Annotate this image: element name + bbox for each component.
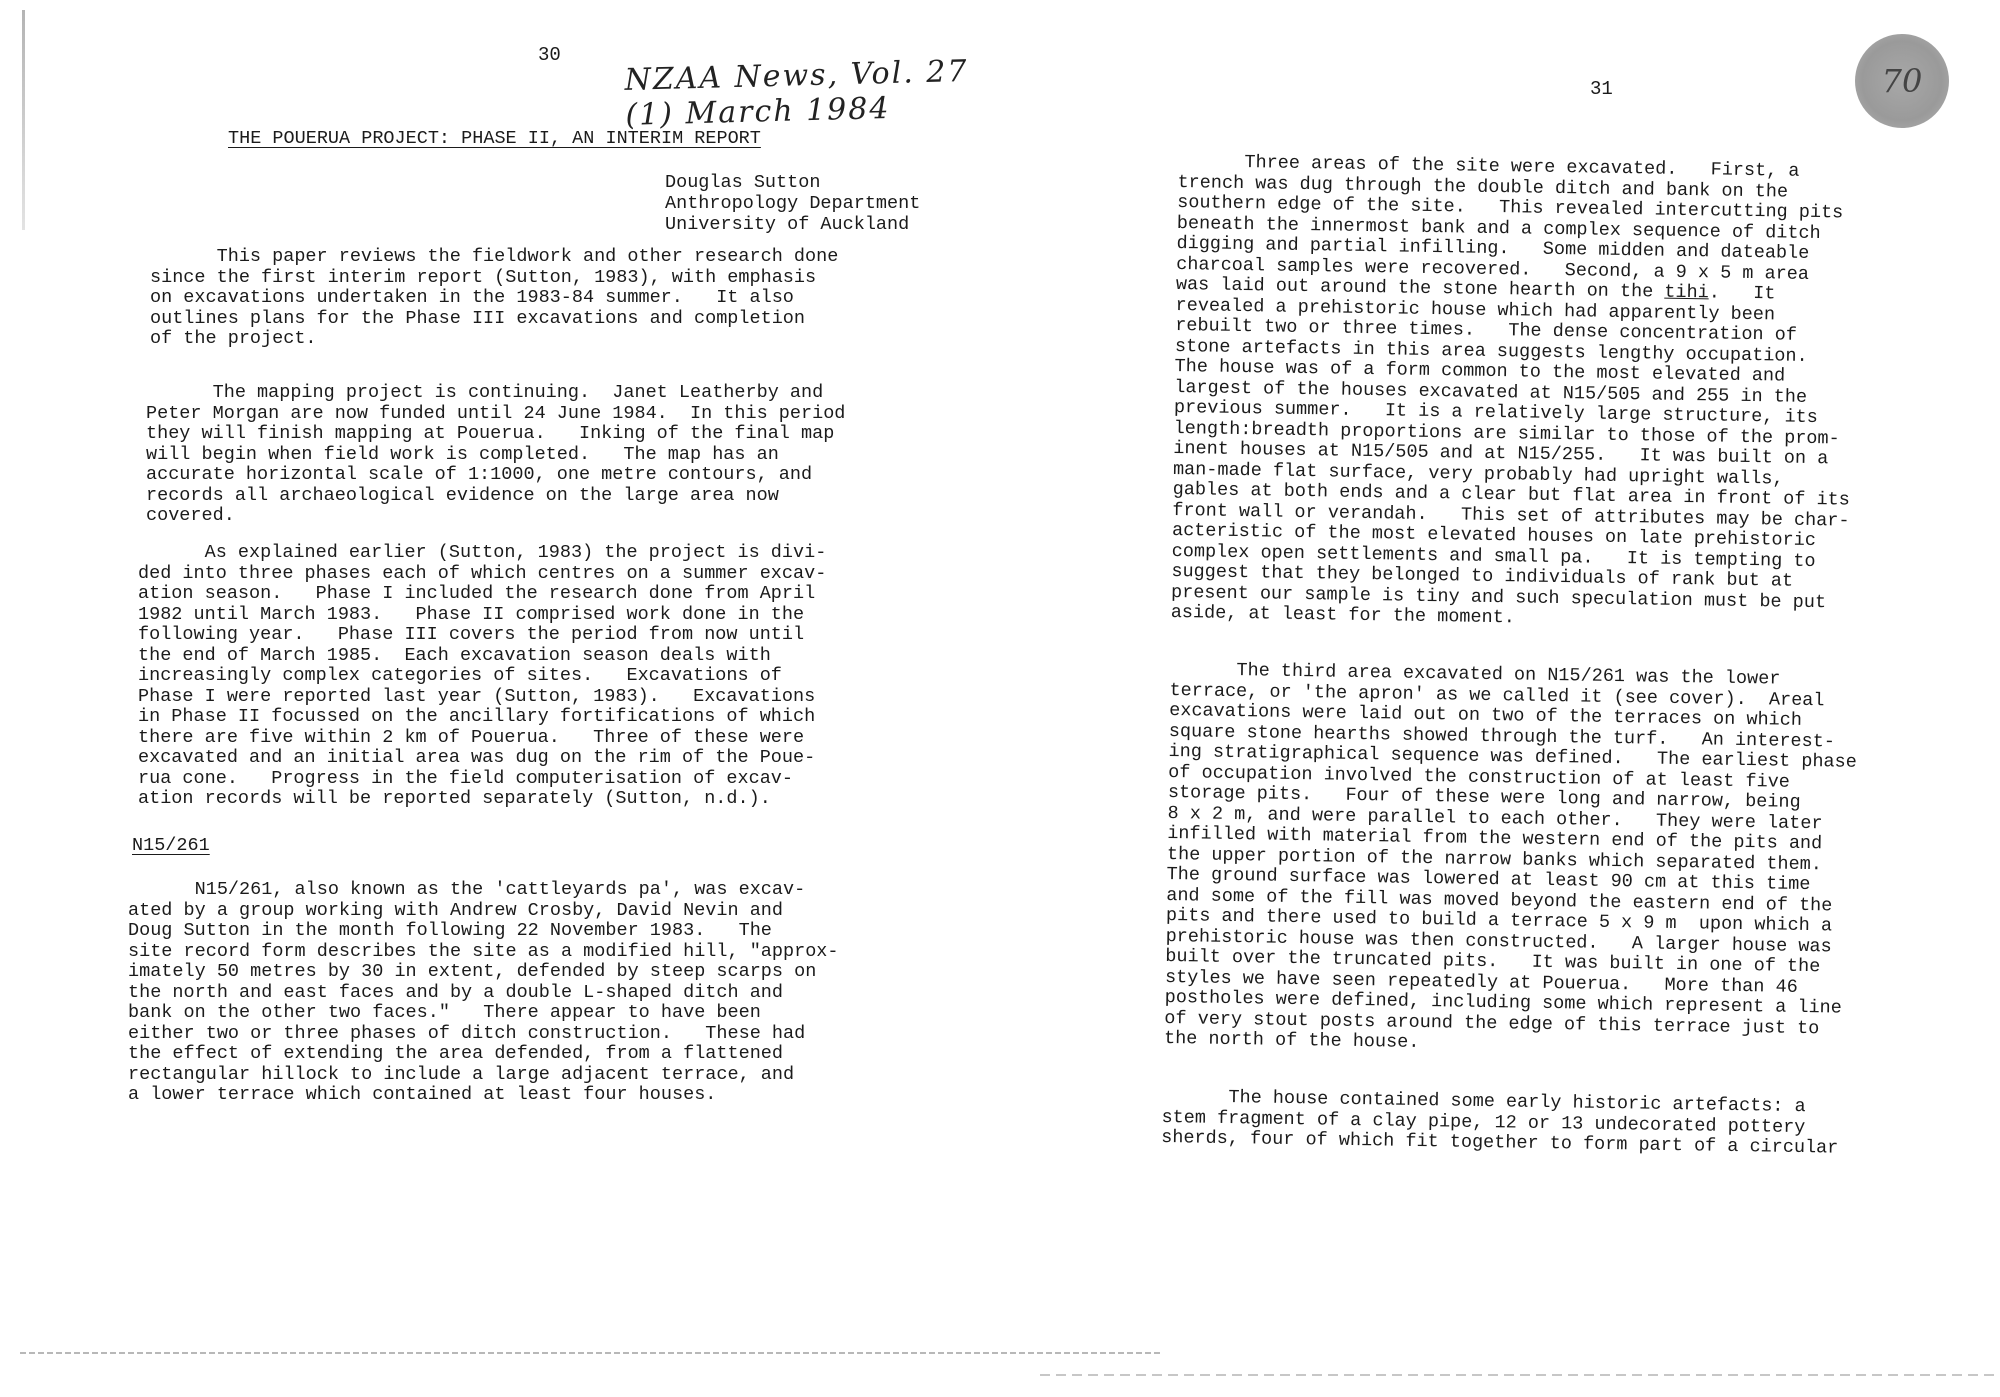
- text-line: bank on the other two faces." There appe…: [128, 1003, 839, 1024]
- text-line: will begin when field work is completed.…: [146, 445, 845, 466]
- text-line: increasingly complex categories of sites…: [138, 666, 826, 687]
- author-block: Douglas Sutton Anthropology Department U…: [665, 172, 920, 235]
- text-line: imately 50 metres by 30 in extent, defen…: [128, 962, 839, 983]
- right-page: 31 70 Three areas of the site were excav…: [1000, 0, 2000, 1397]
- text-line: site record form describes the site as a…: [128, 942, 839, 963]
- text-line: N15/261, also known as the 'cattleyards …: [128, 880, 839, 901]
- document-title: THE POUERUA PROJECT: PHASE II, AN INTERI…: [228, 128, 761, 149]
- paragraph: The third area excavated on N15/261 was …: [1164, 660, 1858, 1060]
- paragraph: As explained earlier (Sutton, 1983) the …: [138, 543, 826, 810]
- section-heading: N15/261: [132, 835, 210, 856]
- text-line: excavated and an initial area was dug on…: [138, 748, 826, 769]
- underlined-term: tihi: [1664, 282, 1709, 304]
- paragraph: The mapping project is continuing. Janet…: [146, 383, 845, 527]
- text-line: the effect of extending the area defende…: [128, 1044, 839, 1065]
- text-line: outlines plans for the Phase III excavat…: [150, 309, 838, 330]
- text-line: ated by a group working with Andrew Cros…: [128, 901, 839, 922]
- text-line: The mapping project is continuing. Janet…: [146, 383, 845, 404]
- text-line: either two or three phases of ditch cons…: [128, 1024, 839, 1045]
- text-line: Phase I were reported last year (Sutton,…: [138, 687, 826, 708]
- left-page: 30 NZAA News, Vol. 27 (1) March 1984 THE…: [0, 0, 1000, 1397]
- text-line: ded into three phases each of which cent…: [138, 564, 826, 585]
- author-department: Anthropology Department: [665, 193, 920, 214]
- text-line: there are five within 2 km of Pouerua. T…: [138, 728, 826, 749]
- text-line: Doug Sutton in the month following 22 No…: [128, 921, 839, 942]
- author-name: Douglas Sutton: [665, 172, 920, 193]
- text-line: following year. Phase III covers the per…: [138, 625, 826, 646]
- handwritten-annotation: NZAA News, Vol. 27 (1) March 1984: [624, 53, 1001, 133]
- page-number: 31: [1590, 78, 1613, 100]
- text-line: of the project.: [150, 329, 838, 350]
- text-line: 1982 until March 1983. Phase II comprise…: [138, 605, 826, 626]
- text-line: accurate horizontal scale of 1:1000, one…: [146, 465, 845, 486]
- paragraph: N15/261, also known as the 'cattleyards …: [128, 880, 839, 1106]
- text-line: rectangular hillock to include a large a…: [128, 1065, 839, 1086]
- text-line: covered.: [146, 506, 845, 527]
- text-line: As explained earlier (Sutton, 1983) the …: [138, 543, 826, 564]
- text-line: Peter Morgan are now funded until 24 Jun…: [146, 404, 845, 425]
- page-stamp: 70: [1855, 34, 1949, 128]
- page-number: 30: [538, 44, 561, 66]
- text-line: a lower terrace which contained at least…: [128, 1085, 839, 1106]
- text-line: records all archaeological evidence on t…: [146, 486, 845, 507]
- text-line: ation season. Phase I included the resea…: [138, 584, 826, 605]
- text-line: This paper reviews the fieldwork and oth…: [150, 247, 838, 268]
- text-line: the end of March 1985. Each excavation s…: [138, 646, 826, 667]
- text-line: since the first interim report (Sutton, …: [150, 268, 838, 289]
- text-line: rua cone. Progress in the field computer…: [138, 769, 826, 790]
- paragraph: Three areas of the site were excavated. …: [1171, 152, 1856, 634]
- text-line: the north and east faces and by a double…: [128, 983, 839, 1004]
- author-institution: University of Auckland: [665, 214, 920, 235]
- text-line: ation records will be reported separatel…: [138, 789, 826, 810]
- text-line: in Phase II focussed on the ancillary fo…: [138, 707, 826, 728]
- paragraph: This paper reviews the fieldwork and oth…: [150, 247, 838, 350]
- text-line: on excavations undertaken in the 1983-84…: [150, 288, 838, 309]
- text-line: they will finish mapping at Pouerua. Ink…: [146, 424, 845, 445]
- paragraph: The house contained some early historic …: [1161, 1087, 1839, 1159]
